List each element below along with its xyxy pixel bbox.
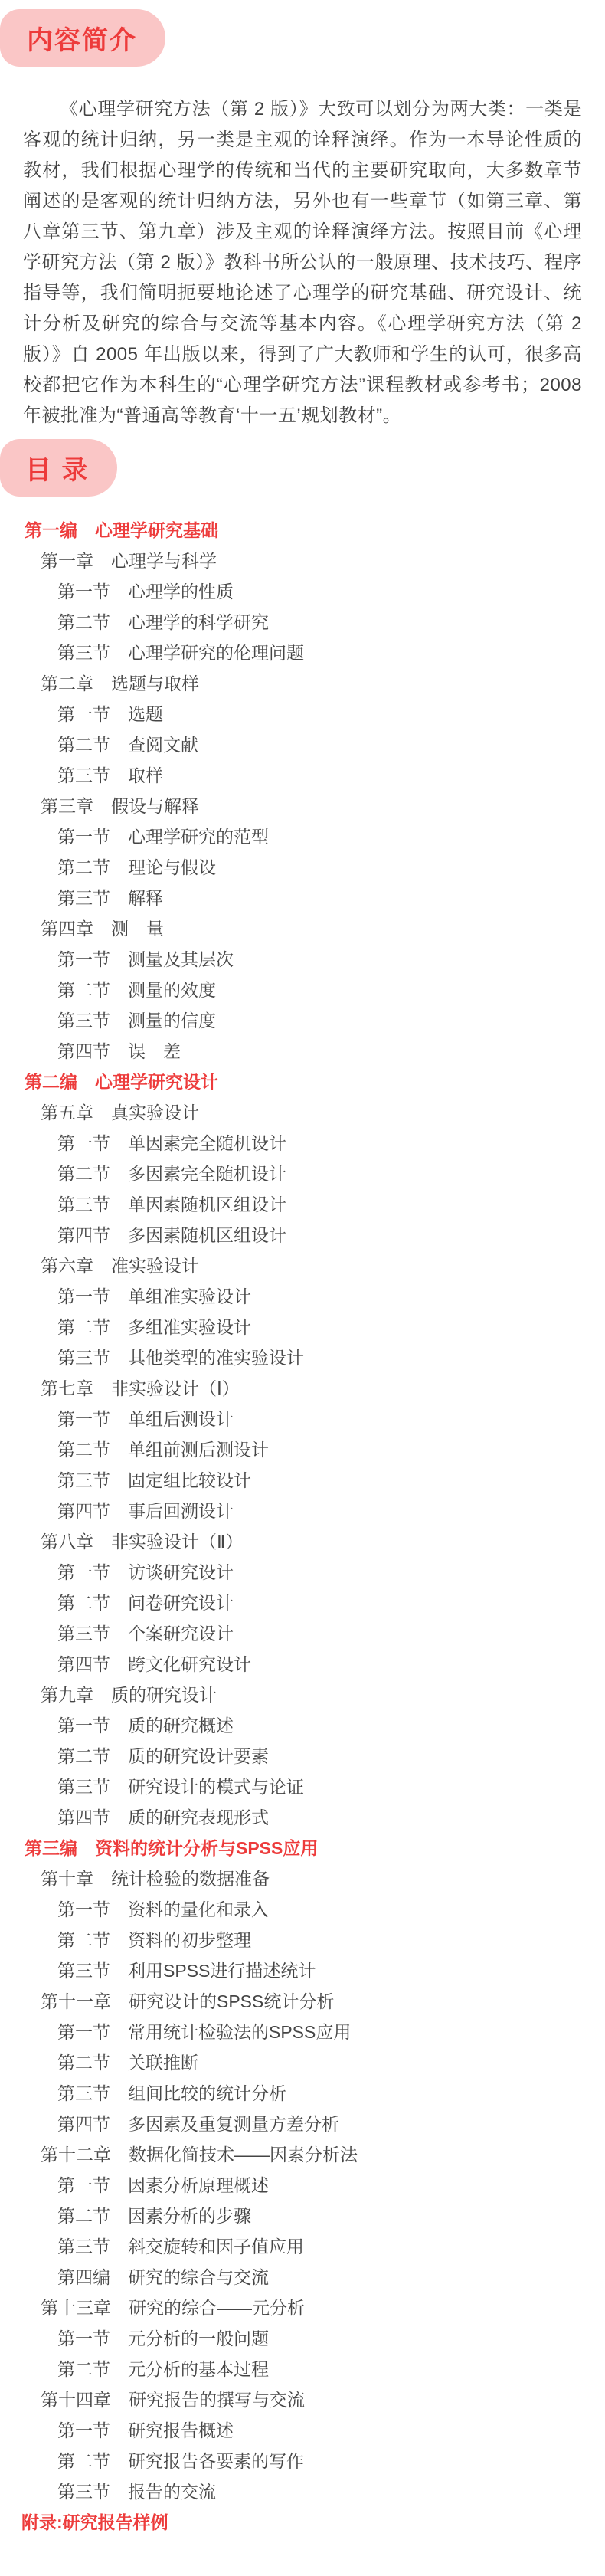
toc-item-chapter: 第十一章 研究设计的SPSS统计分析 — [41, 1986, 605, 2017]
toc-item-section: 第二节 单组前测后测设计 — [57, 1434, 605, 1465]
toc-section-badge-label: 目 录 — [25, 449, 89, 487]
toc-item-section: 第三节 心理学研究的伦理问题 — [57, 637, 605, 668]
toc-item-section: 第一节 单因素完全随机设计 — [57, 1128, 605, 1159]
toc-item-section: 第二节 质的研究设计要素 — [57, 1741, 605, 1771]
toc-item-section: 第四节 多因素及重复测量方差分析 — [57, 2109, 605, 2139]
toc-item-section: 第二节 因素分析的步骤 — [57, 2201, 605, 2231]
toc-item-section: 第四节 质的研究表现形式 — [57, 1802, 605, 1833]
toc-item-chapter: 第二章 选题与取样 — [41, 668, 605, 699]
toc-item-section: 第二节 多因素完全随机设计 — [57, 1159, 605, 1189]
toc-item-section: 第三节 取样 — [57, 760, 605, 791]
toc-item-chapter: 第四章 测 量 — [41, 913, 605, 944]
toc-item-section: 第三节 组间比较的统计分析 — [57, 2078, 605, 2109]
toc-item-chapter: 第一章 心理学与科学 — [41, 546, 605, 576]
toc-item-appendix: 附录:研究报告样例 — [21, 2507, 605, 2538]
toc-item-section: 第三节 固定组比较设计 — [57, 1465, 605, 1496]
toc-item-chapter: 第六章 准实验设计 — [41, 1250, 605, 1281]
toc-item-section: 第二节 理论与假设 — [57, 852, 605, 883]
toc-item-part: 第三编 资料的统计分析与SPSS应用 — [25, 1833, 605, 1863]
toc-item-chapter: 第十三章 研究的综合——元分析 — [41, 2293, 605, 2323]
toc-item-section: 第三节 报告的交流 — [57, 2476, 605, 2507]
toc-item-section: 第一节 研究报告概述 — [57, 2415, 605, 2446]
intro-paragraph: 《心理学研究方法（第 2 版）》大致可以划分为两大类：一类是客观的统计归纳，另一… — [23, 94, 582, 431]
toc-item-section: 第二节 心理学的科学研究 — [57, 607, 605, 637]
toc-item-section: 第二节 元分析的基本过程 — [57, 2354, 605, 2384]
toc-item-section: 第三节 个案研究设计 — [57, 1618, 605, 1649]
toc-item-section: 第一节 心理学的性质 — [57, 576, 605, 607]
toc-item-section: 第三节 测量的信度 — [57, 1005, 605, 1036]
toc-item-section: 第一节 单组后测设计 — [57, 1404, 605, 1434]
toc-item-part4: 第四编 研究的综合与交流 — [57, 2262, 605, 2293]
toc-item-section: 第一节 元分析的一般问题 — [57, 2323, 605, 2354]
toc-item-chapter: 第十二章 数据化简技术——因素分析法 — [41, 2139, 605, 2170]
toc-item-section: 第四节 事后回溯设计 — [57, 1496, 605, 1526]
toc-item-section: 第三节 斜交旋转和因子值应用 — [57, 2231, 605, 2262]
toc-item-part: 第一编 心理学研究基础 — [25, 515, 605, 546]
toc-item-section: 第四节 跨文化研究设计 — [57, 1649, 605, 1680]
toc-item-section: 第一节 因素分析原理概述 — [57, 2170, 605, 2201]
toc-item-section: 第一节 选题 — [57, 699, 605, 729]
toc-item-section: 第四节 误 差 — [57, 1036, 605, 1067]
toc-item-section: 第一节 心理学研究的范型 — [57, 821, 605, 852]
intro-section-badge: 内容简介 — [0, 9, 165, 67]
toc-item-section: 第三节 利用SPSS进行描述统计 — [57, 1955, 605, 1986]
toc-item-section: 第三节 研究设计的模式与论证 — [57, 1771, 605, 1802]
toc-item-chapter: 第七章 非实验设计（Ⅰ） — [41, 1373, 605, 1404]
toc-item-section: 第三节 单因素随机区组设计 — [57, 1189, 605, 1220]
toc-item-chapter: 第八章 非实验设计（Ⅱ） — [41, 1526, 605, 1557]
toc-item-section: 第二节 问卷研究设计 — [57, 1588, 605, 1618]
toc-item-section: 第三节 其他类型的准实验设计 — [57, 1342, 605, 1373]
toc-item-section: 第一节 单组准实验设计 — [57, 1281, 605, 1312]
toc-item-section: 第一节 常用统计检验法的SPSS应用 — [57, 2017, 605, 2047]
toc-item-chapter: 第九章 质的研究设计 — [41, 1680, 605, 1710]
toc-item-section: 第二节 查阅文献 — [57, 729, 605, 760]
toc-item-chapter: 第十章 统计检验的数据准备 — [41, 1863, 605, 1894]
toc-item-chapter: 第五章 真实验设计 — [41, 1097, 605, 1128]
toc-item-section: 第二节 资料的初步整理 — [57, 1925, 605, 1955]
toc-item-chapter: 第十四章 研究报告的撰写与交流 — [41, 2384, 605, 2415]
toc-item-section: 第一节 资料的量化和录入 — [57, 1894, 605, 1925]
toc-list: 第一编 心理学研究基础第一章 心理学与科学第一节 心理学的性质第二节 心理学的科… — [0, 515, 605, 2538]
toc-section-badge: 目 录 — [0, 439, 117, 497]
toc-item-section: 第一节 质的研究概述 — [57, 1710, 605, 1741]
toc-item-section: 第二节 关联推断 — [57, 2047, 605, 2078]
toc-item-section: 第三节 解释 — [57, 883, 605, 913]
toc-item-section: 第一节 访谈研究设计 — [57, 1557, 605, 1588]
intro-section-badge-label: 内容简介 — [27, 19, 137, 57]
toc-item-section: 第四节 多因素随机区组设计 — [57, 1220, 605, 1250]
toc-item-section: 第二节 研究报告各要素的写作 — [57, 2446, 605, 2476]
toc-item-part: 第二编 心理学研究设计 — [25, 1067, 605, 1097]
toc-item-chapter: 第三章 假设与解释 — [41, 791, 605, 821]
toc-item-section: 第一节 测量及其层次 — [57, 944, 605, 975]
toc-item-section: 第二节 多组准实验设计 — [57, 1312, 605, 1342]
toc-item-section: 第二节 测量的效度 — [57, 975, 605, 1005]
